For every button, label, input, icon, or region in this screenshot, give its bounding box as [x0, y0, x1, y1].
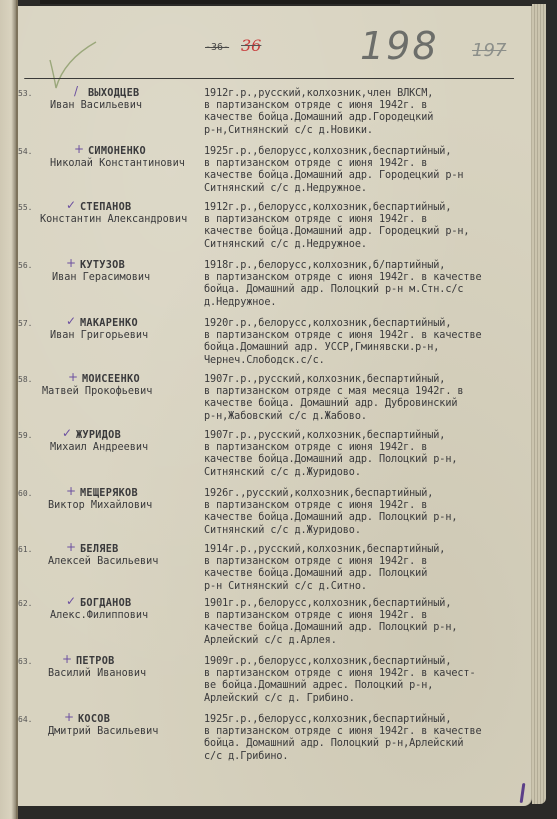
entry-number: 53.: [18, 88, 32, 100]
entry-details: 1926г.,русский,колхозник,беспартийный, в…: [204, 488, 457, 537]
entry-given-name: Иван Григорьевич: [50, 330, 148, 342]
entry-surname: ЖУРИДОВ: [76, 430, 121, 442]
entry-given-name: Николай Константинович: [50, 158, 185, 170]
entry-details: 1912г.р.,белорусс,колхозник,беспартийный…: [204, 202, 469, 251]
entry-given-name: Алексей Васильевич: [48, 556, 158, 568]
top-shadow: [40, 0, 400, 4]
tally-mark-icon: +: [68, 371, 78, 383]
entry-surname: ПЕТРОВ: [76, 656, 115, 668]
binding-spine: [16, 0, 18, 819]
tally-mark-icon: /: [74, 85, 78, 97]
entry-number: 54.: [18, 146, 32, 158]
tally-mark-icon: ✓: [62, 427, 72, 439]
entry-given-name: Дмитрий Васильевич: [48, 726, 158, 738]
entry-details: 1925г.р.,белорусс,колхозник,беспартийный…: [204, 146, 463, 195]
entry-given-name: Константин Александрович: [40, 214, 187, 226]
entry-details: 1914г.р.,русский,колхозник,беспартийный,…: [204, 544, 445, 593]
entry-given-name: Иван Васильевич: [50, 100, 142, 112]
green-checkmark-icon: [48, 40, 100, 90]
tally-mark-icon: +: [66, 485, 76, 497]
handwritten-page-number: 36: [241, 36, 261, 55]
entry-number: 56.: [18, 260, 32, 272]
entry-number: 61.: [18, 544, 32, 556]
typed-page-number: -36-: [205, 42, 229, 53]
entry-details: 1925г.р.,белорусс,колхозник,беспартийный…: [204, 714, 482, 763]
entry-surname: СТЕПАНОВ: [80, 202, 131, 214]
entry-details: 1920г.р.,белорусс,колхозник,беспартийный…: [204, 318, 482, 367]
entry-number: 60.: [18, 488, 32, 500]
entry-number: 64.: [18, 714, 32, 726]
entry-details: 1912г.р.,русский,колхозник,член ВЛКСМ, в…: [204, 88, 433, 137]
page-stack-edges: [532, 4, 546, 804]
entry-given-name: Василий Иванович: [48, 668, 146, 680]
old-folio-number: 197: [472, 40, 506, 61]
header-rule: [24, 78, 514, 79]
entry-surname: КУТУЗОВ: [80, 260, 125, 272]
adjacent-page-edge: [0, 0, 16, 819]
entry-surname: МЕЩЕРЯКОВ: [80, 488, 138, 500]
tally-mark-icon: +: [66, 257, 76, 269]
entry-surname: СИМОНЕНКО: [88, 146, 146, 158]
entry-details: 1909г.р.,белорусс,колхозник,беспартийный…: [204, 656, 476, 705]
tally-mark-icon: +: [64, 711, 74, 723]
entry-given-name: Иван Герасимович: [52, 272, 150, 284]
entry-surname: ВЫХОДЦЕВ: [88, 88, 139, 100]
entry-surname: МОИСЕЕНКО: [82, 374, 140, 386]
entry-surname: БОГДАНОВ: [80, 598, 131, 610]
entry-number: 58.: [18, 374, 32, 386]
entry-details: 1918г.р.,белорусс,колхозник,б/партийный,…: [204, 260, 482, 309]
entry-surname: БЕЛЯЕВ: [80, 544, 119, 556]
entry-given-name: Михаил Андреевич: [50, 442, 148, 454]
entry-number: 57.: [18, 318, 32, 330]
entry-number: 62.: [18, 598, 32, 610]
entry-details: 1901г.р.,белорусс,колхозник,беспартийный…: [204, 598, 457, 647]
folio-number: 198: [360, 24, 439, 68]
entry-details: 1907г.р.,русский,колхозник,беспартийный,…: [204, 430, 457, 479]
tally-mark-icon: +: [62, 653, 72, 665]
entry-number: 63.: [18, 656, 32, 668]
entry-surname: КОСОВ: [78, 714, 110, 726]
tally-mark-icon: ✓: [66, 315, 76, 327]
tally-mark-icon: ✓: [66, 199, 76, 211]
entry-given-name: Виктор Михайлович: [48, 500, 152, 512]
tally-mark-icon: +: [66, 541, 76, 553]
entry-number: 59.: [18, 430, 32, 442]
entry-surname: МАКАРЕНКО: [80, 318, 138, 330]
tally-mark-icon: ✓: [66, 595, 76, 607]
entry-details: 1907г.р.,русский,колхозник,беспартийный,…: [204, 374, 463, 423]
entry-given-name: Алекс.Филиппович: [50, 610, 148, 622]
entry-number: 55.: [18, 202, 32, 214]
entry-given-name: Матвей Прокофьевич: [42, 386, 152, 398]
tally-mark-icon: +: [74, 143, 84, 155]
